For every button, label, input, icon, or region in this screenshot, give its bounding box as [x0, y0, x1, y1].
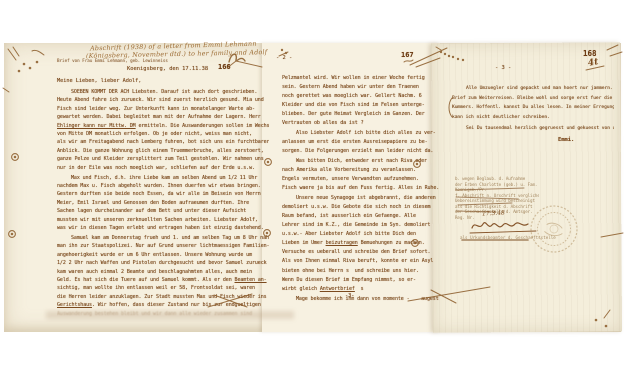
- page2-body-text: Pelzmantel wird. Wir wollen in einer Woc…: [282, 74, 439, 306]
- page2-end-mark: -3-: [345, 293, 354, 299]
- page1-body-text: SOEBEN KOMMT DER ACH Liebsten. Darauf is…: [57, 88, 269, 319]
- scanned-letter-photo-page: Abschrift (1938) of a letter from Emmi L…: [0, 0, 624, 383]
- page2-header: - 2 -: [276, 55, 292, 61]
- handwritten-date: 17.3.48: [482, 209, 505, 217]
- salutation: Meine Lieben, lieber Adolf,: [57, 78, 141, 84]
- page3-body-text: Alle Umzuegler sind gepackt und man hoer…: [452, 84, 614, 135]
- typed-caption: Brief von Frau Emmi Lehmann, geb. Lewinn…: [57, 58, 168, 63]
- page3-header: - 3 -: [495, 65, 511, 71]
- folio-number-166: 166: [218, 63, 231, 71]
- photocopy-smudge: [46, 311, 294, 319]
- folio-number-167: 167: [401, 51, 414, 59]
- dateline: Koenigsberg, den 17.11.38: [127, 66, 208, 72]
- handwritten-mark-168: 4t: [587, 57, 599, 69]
- typed-signature: Emmi.: [558, 137, 574, 143]
- certification-officer-line: als Urkundsbeamter d. Geschaeftsstelle: [460, 235, 556, 240]
